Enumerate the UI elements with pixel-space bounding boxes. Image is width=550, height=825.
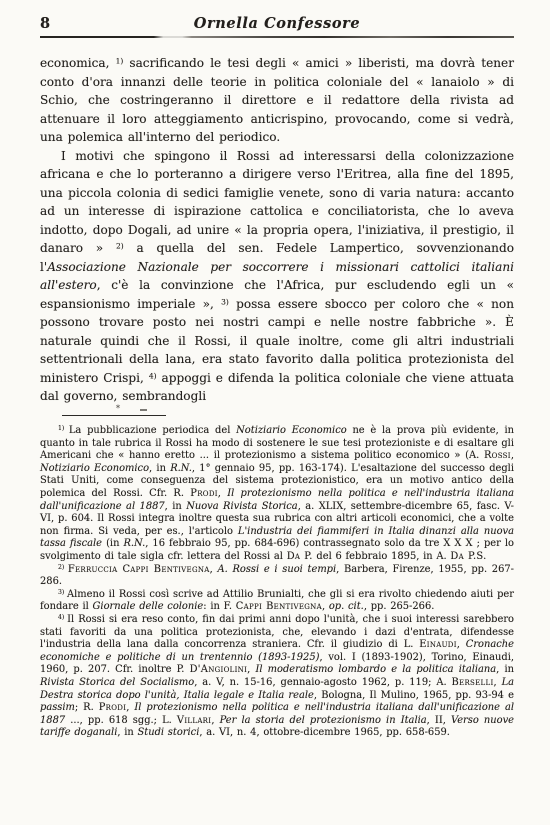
scan-artifact-dash — [140, 409, 147, 411]
running-title: Ornella Confessore — [40, 15, 514, 32]
footnotes-section: 1) La pubblicazione periodica del Notizi… — [40, 425, 514, 740]
footnote-3: 3) Almeno il Rossi così scrive ad Attili… — [40, 589, 514, 614]
body-paragraph-1: economica, 1) sacrificando le tesi degli… — [40, 54, 514, 147]
footnote-separator — [62, 415, 166, 417]
header-rule — [40, 36, 514, 38]
book-page: 8 Ornella Confessore economica, 1) sacri… — [0, 0, 550, 825]
footnote-4: 4) Il Rossi si era reso conto, fin dai p… — [40, 614, 514, 740]
body-paragraph-2: I motivi che spingono il Rossi ad intere… — [40, 147, 514, 406]
footnote-2: 2) Ferruccia Cappi Bentivegna, A. Rossi … — [40, 564, 514, 589]
scan-artifact-star: * — [116, 404, 120, 413]
page-header: 8 Ornella Confessore — [40, 15, 514, 33]
footnote-1: 1) La pubblicazione periodica del Notizi… — [40, 425, 514, 564]
body-text: economica, 1) sacrificando le tesi degli… — [40, 54, 514, 406]
